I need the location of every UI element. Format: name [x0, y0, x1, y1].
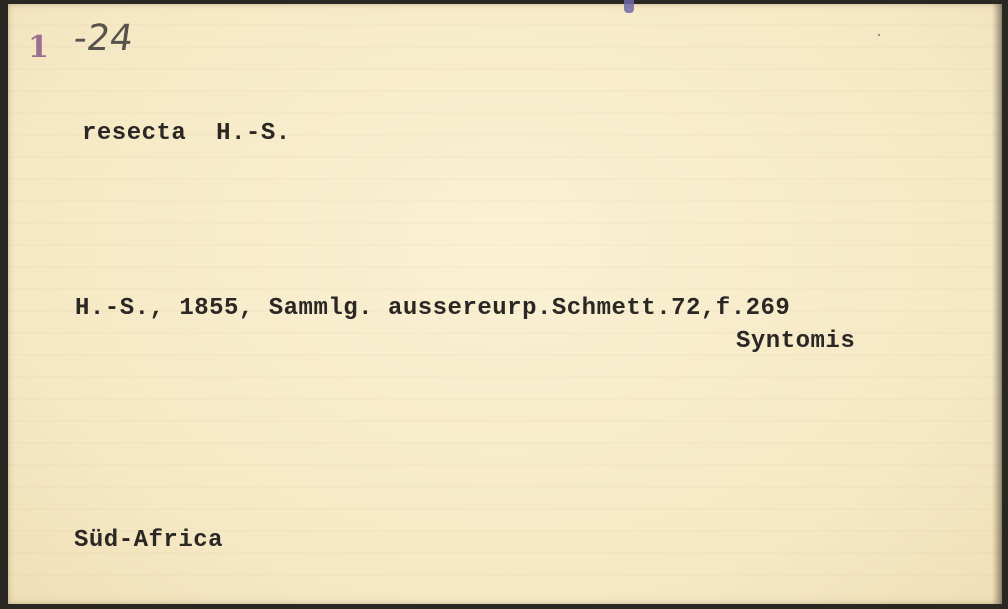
speck [878, 34, 880, 36]
tab-marker [624, 0, 634, 13]
index-card: 1 -24 resecta H.-S. H.-S., 1855, Sammlg.… [8, 4, 1002, 604]
genus-name: Syntomis [736, 328, 855, 355]
locality: Süd-Africa [74, 527, 223, 554]
reference-citation: H.-S., 1855, Sammlg. aussereurp.Schmett.… [75, 295, 790, 322]
species-name: resecta H.-S. [82, 120, 291, 147]
stamp-number: 1 [28, 30, 49, 65]
handwritten-number: -24 [71, 18, 136, 59]
card-edge-shadow [992, 4, 1002, 604]
